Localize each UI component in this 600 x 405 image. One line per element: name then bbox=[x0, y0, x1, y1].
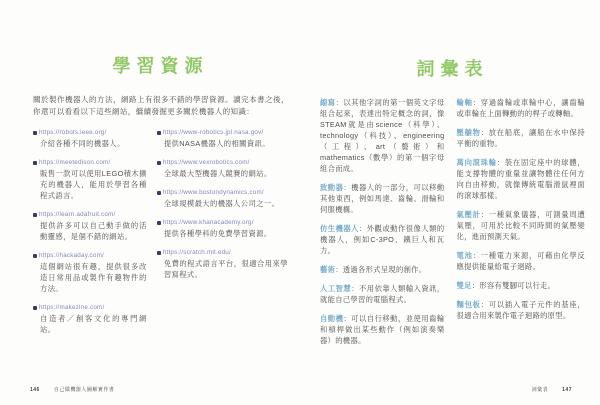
glossary-entry: 仿生機器人：外觀或動作很像人類的機器人，例如C-3PO、鐵巨人和瓦力。 bbox=[320, 223, 445, 256]
glossary-entry: 電池：一種電力來源，可藉由化學反應提供能量給電子迴路。 bbox=[457, 250, 585, 272]
link-item: https://robots.ieee.org/ 介紹各種不同的機器人。 bbox=[33, 129, 147, 149]
link-url-row: https://makezine.com/ bbox=[33, 304, 147, 311]
link-item: https://meetedison.com/ 販售一款可以使用LEGO積木擴充… bbox=[33, 159, 147, 201]
glossary-entry: 壓艙物：放在船底，讓船在水中保持平衡的重物。 bbox=[457, 127, 585, 149]
link-item: https://www-robotics.jpl.nasa.gov/ 提供NAS… bbox=[157, 129, 288, 149]
link-description: 免費的程式語言平台，很適合用來學習寫程式。 bbox=[164, 258, 288, 280]
web-bullet-icon bbox=[157, 161, 161, 165]
link-item: https://www.vexrobotics.com/ 全球最大型機器人競賽的… bbox=[157, 159, 288, 179]
link-description: 介紹各種不同的機器人。 bbox=[40, 138, 147, 149]
link-url: https://www.khanacademy.org/ bbox=[163, 219, 254, 226]
glossary-term: 自動機 bbox=[320, 314, 343, 323]
link-url-row: https://meetedison.com/ bbox=[33, 159, 147, 166]
link-description: 販售一款可以使用LEGO積木擴充的機器人，能用於學習各種程式語言。 bbox=[40, 168, 147, 201]
right-page-footer: 詞彙表 147 bbox=[532, 386, 572, 393]
link-url: https://www.vexrobotics.com/ bbox=[163, 159, 250, 166]
glossary-term: 輪軸 bbox=[457, 98, 473, 107]
web-bullet-icon bbox=[157, 131, 161, 135]
web-bullet-icon bbox=[33, 254, 37, 258]
link-item: https://makezine.com/ 自造者／創客文化的專門網站。 bbox=[33, 304, 147, 335]
link-url-row: https://www.vexrobotics.com/ bbox=[157, 159, 288, 166]
glossary-term: 縮寫 bbox=[320, 98, 336, 107]
page-title-learning-resources: 學習資源 bbox=[33, 52, 288, 78]
web-bullet-icon bbox=[33, 161, 37, 165]
links-column-1: https://robots.ieee.org/ 介紹各種不同的機器人。 htt… bbox=[33, 129, 147, 345]
glossary-term: 萬向滾珠輪 bbox=[457, 158, 497, 167]
link-url: https://robots.ieee.org/ bbox=[39, 129, 106, 136]
glossary-definition: ：透過各形式呈現的創作。 bbox=[335, 265, 426, 274]
glossary-columns: 縮寫：以其他字詞的第一個英文字母組合起來，表達出特定概念的詞，像STEAM就是由… bbox=[320, 97, 585, 354]
glossary-definition: ：一種電力來源，可藉由化學反應提供能量給電子迴路。 bbox=[457, 251, 585, 271]
web-bullet-icon bbox=[33, 213, 37, 217]
glossary-entry: 雙足：形容有雙腳可以行走。 bbox=[457, 280, 585, 291]
web-bullet-icon bbox=[157, 221, 161, 225]
glossary-definition: ：形容有雙腳可以行走。 bbox=[472, 281, 556, 290]
glossary-definition: ：以其他字詞的第一個英文字母組合起來，表達出特定概念的詞，像STEAM就是由sc… bbox=[320, 98, 445, 173]
glossary-entry: 人工智慧：不用依靠人類輸入資訊，就能自己學習的電腦程式。 bbox=[320, 283, 445, 305]
glossary-entry: 自動機：可以自行移動，並使用齒輪和槓桿做出某些動作（例如演奏樂器）的機器。 bbox=[320, 313, 445, 346]
link-url-row: https://www.khanacademy.org/ bbox=[157, 219, 288, 226]
link-url-row: https://hackaday.com/ bbox=[33, 252, 147, 259]
section-label: 詞彙表 bbox=[532, 386, 549, 393]
glossary-entry: 藝術：透過各形式呈現的創作。 bbox=[320, 264, 445, 275]
web-bullet-icon bbox=[33, 306, 37, 310]
link-description: 全球規模最大的機器人公司之一。 bbox=[164, 198, 288, 209]
intro-paragraph: 關於製作機器人的方法，網路上有很多不錯的學習資源。讀完本書之後，你還可以看看以下… bbox=[33, 94, 289, 117]
link-url-row: https://scratch.mit.edu/ bbox=[157, 249, 288, 256]
link-description: 自造者／創客文化的專門網站。 bbox=[40, 313, 147, 335]
left-page-learning-resources: 學習資源 關於製作機器人的方法，網路上有很多不錯的學習資源。讀完本書之後，你還可… bbox=[0, 0, 300, 405]
link-url-row: https://www-robotics.jpl.nasa.gov/ bbox=[157, 129, 288, 136]
link-url-row: https://robots.ieee.org/ bbox=[33, 129, 147, 136]
glossary-column-2: 輪軸：穿過齒輪或車輪中心，讓齒輪或車輪在上面轉動的的桿子或轉軸。 壓艙物：放在船… bbox=[457, 97, 585, 354]
glossary-term: 仿生機器人 bbox=[320, 224, 359, 233]
right-page-number: 147 bbox=[562, 387, 572, 393]
glossary-entry: 致動器：機器人的一部分，可以移動其他東西，例如馬達、齒輪、滑輪和伺服機構。 bbox=[320, 182, 445, 215]
link-item: https://www.khanacademy.org/ 提供各種學科的免費學習… bbox=[157, 219, 288, 239]
glossary-entry: 氣壓計：一種氣象儀器，可測量周遭氣壓，可用於比較不同時間的氣壓變化，進而預測天氣… bbox=[457, 209, 585, 242]
link-description: 提供許多可以自己動手做的活動靈感，是個不錯的網站。 bbox=[40, 220, 147, 242]
web-bullet-icon bbox=[157, 251, 161, 255]
glossary-term: 致動器 bbox=[320, 183, 343, 192]
link-url: https://learn.adafruit.com/ bbox=[39, 211, 115, 218]
left-page-number: 146 bbox=[30, 387, 40, 393]
link-url: https://www-robotics.jpl.nasa.gov/ bbox=[163, 129, 264, 136]
glossary-entry: 縮寫：以其他字詞的第一個英文字母組合起來，表達出特定概念的詞，像STEAM就是由… bbox=[320, 97, 445, 174]
link-item: https://learn.adafruit.com/ 提供許多可以自己動手做的… bbox=[33, 211, 147, 242]
link-description: 提供NASA機器人的相關資訊。 bbox=[164, 138, 288, 149]
left-page-footer: 146 自己做機器人圖解實作書 bbox=[30, 386, 114, 393]
link-url: https://hackaday.com/ bbox=[39, 252, 104, 259]
glossary-term: 壓艙物 bbox=[457, 128, 481, 137]
link-url: https://makezine.com/ bbox=[39, 304, 104, 311]
link-item: https://hackaday.com/ 這個網站很有趣，提供很多改造日常用品… bbox=[33, 252, 147, 294]
link-description: 這個網站很有趣，提供很多改造日常用品或製作有趣物件的方法。 bbox=[40, 261, 147, 294]
glossary-entry: 萬向滾珠輪：裝在固定座中的球體，能支撐物體的重量並讓物體往任何方向自由移動，就像… bbox=[457, 157, 585, 201]
glossary-term: 人工智慧 bbox=[320, 284, 351, 293]
link-description: 提供各種學科的免費學習資源。 bbox=[164, 228, 288, 239]
glossary-term: 電池 bbox=[457, 251, 473, 260]
web-bullet-icon bbox=[157, 191, 161, 195]
glossary-term: 氣壓計 bbox=[457, 210, 481, 219]
link-url: https://scratch.mit.edu/ bbox=[163, 249, 231, 256]
links-columns: https://robots.ieee.org/ 介紹各種不同的機器人。 htt… bbox=[33, 129, 288, 345]
link-url-row: https://learn.adafruit.com/ bbox=[33, 211, 147, 218]
link-item: https://scratch.mit.edu/ 免費的程式語言平台，很適合用來… bbox=[157, 249, 288, 280]
link-url: https://www.bostondynamics.com/ bbox=[163, 189, 264, 196]
link-item: https://www.bostondynamics.com/ 全球規模最大的機… bbox=[157, 189, 288, 209]
book-spread: 學習資源 關於製作機器人的方法，網路上有很多不錯的學習資源。讀完本書之後，你還可… bbox=[0, 0, 600, 405]
link-url: https://meetedison.com/ bbox=[39, 159, 110, 166]
glossary-column-1: 縮寫：以其他字詞的第一個英文字母組合起來，表達出特定概念的詞，像STEAM就是由… bbox=[320, 97, 445, 354]
glossary-term: 雙足 bbox=[457, 281, 472, 290]
web-bullet-icon bbox=[33, 131, 37, 135]
glossary-term: 麵包板 bbox=[457, 300, 481, 309]
glossary-entry: 輪軸：穿過齒輪或車輪中心，讓齒輪或車輪在上面轉動的的桿子或轉軸。 bbox=[457, 97, 585, 119]
page-title-glossary: 詞彙表 bbox=[320, 55, 585, 81]
glossary-term: 藝術 bbox=[320, 265, 335, 274]
link-description: 全球最大型機器人競賽的網站。 bbox=[164, 168, 288, 179]
links-column-2: https://www-robotics.jpl.nasa.gov/ 提供NAS… bbox=[157, 129, 288, 345]
book-title: 自己做機器人圖解實作書 bbox=[54, 386, 115, 393]
glossary-entry: 麵包板：可以插入電子元件的基座，很適合用來製作電子迴路的原型。 bbox=[457, 299, 585, 321]
right-page-glossary: 詞彙表 縮寫：以其他字詞的第一個英文字母組合起來，表達出特定概念的詞，像STEA… bbox=[300, 0, 600, 405]
glossary-definition: ：穿過齒輪或車輪中心，讓齒輪或車輪在上面轉動的的桿子或轉軸。 bbox=[457, 98, 585, 118]
link-url-row: https://www.bostondynamics.com/ bbox=[157, 189, 288, 196]
